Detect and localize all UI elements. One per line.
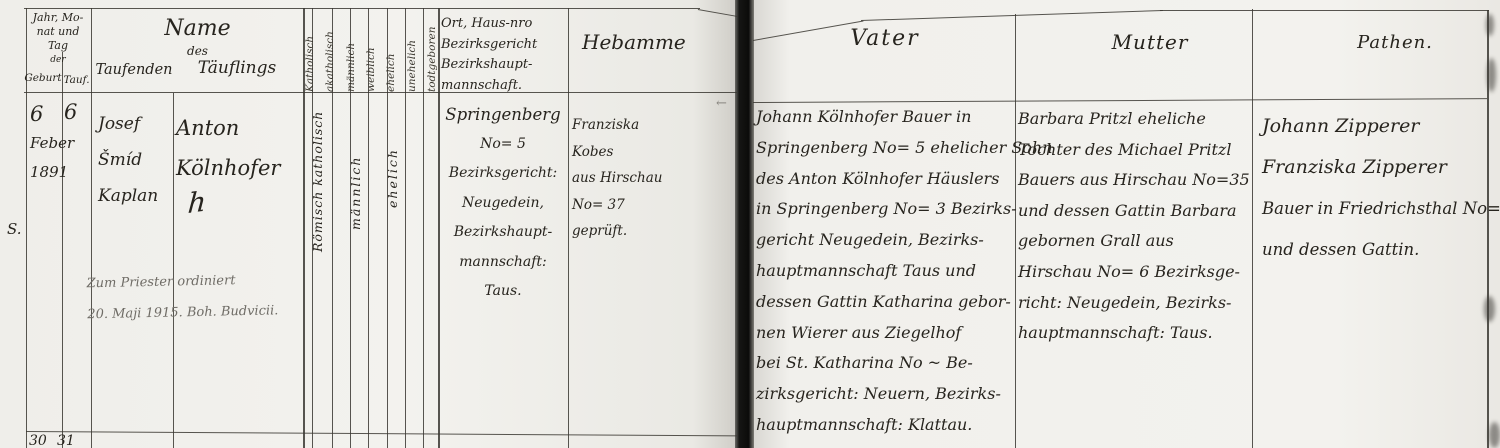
handwriting-line: des Anton Kölnhofer Häuslers — [756, 164, 1014, 195]
handwriting-line: unehelich — [406, 9, 418, 92]
religion-entry: Römisch katholisch — [310, 102, 325, 252]
handwriting-line: gebornen Grall aus — [1018, 226, 1251, 257]
column-header-birth-date: Jahr, Mo-nat undTagder — [27, 11, 89, 67]
column-header-mutter: Mutter — [1070, 30, 1230, 54]
scan-smudge — [1486, 14, 1494, 36]
mother-column-text: Barbara Pritzl ehelicheTochter des Micha… — [1018, 104, 1251, 349]
handwriting-line: und dessen Gattin. — [1262, 229, 1487, 270]
handwriting-line: Josef — [98, 106, 173, 142]
ruling-line — [91, 8, 92, 448]
handwriting-line: Bauers aus Hirschau No=35 — [1018, 165, 1251, 196]
handwriting-line: Bezirksgericht: — [440, 159, 566, 189]
handwriting-line: Bezirksgericht — [441, 35, 572, 56]
scan-smudge — [1487, 58, 1496, 92]
handwriting-line: Johann Zipperer — [1262, 106, 1487, 147]
book-gutter — [735, 0, 754, 448]
ruling-line — [1252, 9, 1253, 448]
column-header-name-des: des — [95, 44, 300, 58]
handwriting-line: Barbara Pritzl eheliche — [1018, 104, 1251, 135]
handwriting-line: Katholisch — [304, 9, 316, 92]
handwriting-line: Bauer in Friedrichsthal No= 2 — [1262, 188, 1487, 229]
handwriting-line: gericht Neugedein, Bezirks- — [756, 225, 1014, 256]
handwriting-line: weiblich — [365, 9, 377, 92]
handwriting-line: ehelich — [385, 9, 397, 92]
sex-entry: männlich — [348, 145, 363, 230]
handwriting-line: dessen Gattin Katharina gebor- — [756, 287, 1014, 318]
handwriting-line: todtgeboren — [426, 9, 438, 92]
handwriting-line: bei St. Katharina No ~ Be- — [756, 348, 1014, 379]
handwriting-line: der — [27, 53, 89, 67]
column-header-tauf: Tauf. — [62, 74, 91, 86]
handwriting-line: Taus. — [440, 277, 566, 307]
handwriting-line: Tag — [27, 39, 89, 53]
handwriting-line: und dessen Gattin Barbara — [1018, 196, 1251, 227]
handwriting-line: hauptmannschaft: Taus. — [1018, 318, 1251, 349]
column-header-taeuflings: Täuflings — [178, 58, 296, 78]
handwriting-line: Jahr, Mo- — [27, 11, 89, 25]
handwriting-line: Ort, Haus-nro — [441, 14, 572, 35]
handwriting-line: mannschaft. — [441, 76, 572, 97]
handwriting-line: No= 5 — [440, 130, 566, 160]
handwriting-line: Kölnhofer — [176, 148, 302, 188]
handwriting-line: Bezirkshaupt- — [440, 218, 566, 248]
handwriting-line: hauptmannschaft: Klattau. — [756, 410, 1014, 441]
handwriting-line: Zum Priester ordiniert — [86, 264, 307, 300]
margin-letter: S. — [7, 220, 22, 238]
handwriting-line: Johann Kölnhofer Bauer in — [756, 102, 1014, 133]
handwriting-line: hauptmannschaft Taus und — [756, 256, 1014, 287]
ruling-line — [1160, 10, 1489, 11]
handwriting-line: nat und — [27, 25, 89, 39]
baptism-register-scan: Jahr, Mo-nat undTagder Geburt Tauf. Name… — [0, 0, 1500, 448]
column-header-geburt: Geburt — [24, 72, 62, 84]
handwriting-line: Feber — [30, 129, 82, 158]
handwriting-line: Kaplan — [98, 178, 173, 214]
column-header-place: Ort, Haus-nroBezirksgerichtBezirkshaupt-… — [441, 14, 572, 96]
handwriting-line: Tochter des Michael Pritzl — [1018, 135, 1251, 166]
godparents-column-text: Johann ZippererFranziska ZippererBauer i… — [1262, 106, 1487, 270]
ruling-line — [1015, 14, 1016, 448]
handwriting-line: männlich — [345, 9, 357, 92]
column-header-pathen: Pathen. — [1315, 32, 1475, 53]
child-name: AntonKölnhofer — [176, 108, 302, 188]
handwriting-line: mannschaft: — [440, 248, 566, 278]
next-row-baptism-day: 31 — [57, 433, 75, 448]
handwriting-line: aus Hirschau — [572, 165, 722, 192]
column-header-hebamme: Hebamme — [582, 30, 732, 54]
column-header-taufenden: Taufenden — [93, 62, 175, 78]
handwriting-line: nen Wierer aus Ziegelhof — [756, 318, 1014, 349]
column-header-vater: Vater — [800, 26, 970, 51]
handwriting-line: akatholisch — [324, 9, 336, 92]
scan-smudge — [1489, 422, 1500, 448]
scan-smudge — [1484, 296, 1495, 322]
handwriting-line: in Springenberg No= 3 Bezirks- — [756, 194, 1014, 225]
status-column-headers: Katholischakatholischmännlichweiblichehe… — [304, 9, 438, 92]
father-column-text: Johann Kölnhofer Bauer inSpringenberg No… — [756, 102, 1014, 441]
handwriting-line: Springenberg No= 5 ehelicher Sohn — [756, 133, 1014, 164]
baptizer-name: JosefŠmídKaplan — [98, 106, 173, 214]
handwriting-line: 1891 — [30, 158, 82, 187]
handwriting-line: Springenberg — [440, 100, 566, 130]
legitimacy-entry: ehelich — [385, 140, 400, 208]
handwriting-line: Franziska — [572, 112, 722, 139]
handwriting-line: geprüft. — [572, 218, 722, 245]
handwriting-line: Bezirkshaupt- — [441, 55, 572, 76]
handwriting-line: Hirschau No= 6 Bezirksge- — [1018, 257, 1251, 288]
paraph-mark: h — [187, 185, 208, 220]
handwriting-line: 20. Maji 1915. Boh. Budvicii. — [87, 295, 308, 331]
handwriting-line: Kobes — [572, 139, 722, 166]
handwriting-line: Franziska Zipperer — [1262, 147, 1487, 188]
handwriting-line: Neugedein, — [440, 189, 566, 219]
column-header-name-title: Name — [95, 16, 300, 41]
handwriting-line: No= 37 — [572, 192, 722, 219]
pencil-arrow-mark: ← — [716, 96, 727, 111]
handwriting-line: Anton — [176, 108, 302, 148]
ordination-note: Zum Priester ordiniert20. Maji 1915. Boh… — [86, 264, 307, 331]
ruling-line — [24, 92, 737, 93]
handwriting-line: richt: Neugedein, Bezirks- — [1018, 288, 1251, 319]
handwriting-line: zirksgericht: Neuern, Bezirks- — [756, 379, 1014, 410]
birthplace-cell: SpringenbergNo= 5Bezirksgericht:Neugedei… — [440, 100, 566, 307]
handwriting-line: Šmíd — [98, 142, 173, 178]
baptism-day-cell: 6 — [64, 100, 77, 124]
midwife-cell: FranziskaKobesaus HirschauNo= 37geprüft. — [572, 112, 722, 245]
next-row-birth-day: 30 — [29, 433, 47, 448]
